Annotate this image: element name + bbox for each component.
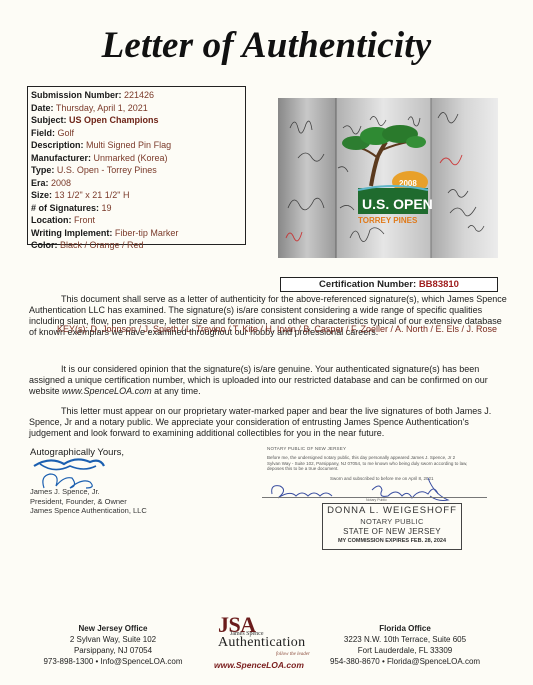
info-value: US Open Champions xyxy=(69,115,159,125)
info-value: 13 1/2" x 21 1/2" H xyxy=(55,190,130,200)
submission-info-box: Submission Number: 221426Date: Thursday,… xyxy=(27,86,246,245)
signer-block: James J. Spence, Jr. President, Founder,… xyxy=(30,487,147,516)
paragraph-requirements-text: This letter must appear on our proprieta… xyxy=(29,406,491,438)
signer-role: President, Founder, & Owner xyxy=(30,497,147,507)
paragraph-opinion: It is our considered opinion that the si… xyxy=(29,364,509,397)
info-label: Era: xyxy=(31,178,49,188)
paragraph-requirements: This letter must appear on our proprieta… xyxy=(29,406,509,439)
info-label: Submission Number: xyxy=(31,90,122,100)
spence-signature xyxy=(30,452,110,490)
certification-number: BB83810 xyxy=(419,279,459,290)
info-label: Size: xyxy=(31,190,52,200)
flag-event: U.S. OPEN xyxy=(362,196,433,212)
info-label: Subject: xyxy=(31,115,67,125)
info-value: Thursday, April 1, 2021 xyxy=(56,103,148,113)
info-value: Fiber-tip Marker xyxy=(115,228,179,238)
info-row: Subject: US Open Champions xyxy=(31,114,245,127)
info-label: Type: xyxy=(31,165,54,175)
info-row: Manufacturer: Unmarked (Korea) xyxy=(31,152,245,165)
logo-tagline: follow the leader xyxy=(276,652,310,657)
info-value: Front xyxy=(74,215,95,225)
letter-title: Letter of Authenticity xyxy=(0,24,533,67)
notary-line-label: Notary Public xyxy=(366,498,387,502)
info-row: Submission Number: 221426 xyxy=(31,89,245,102)
info-label: Manufacturer: xyxy=(31,153,91,163)
logo-wordmark: Authentication xyxy=(218,635,305,651)
key-signatures: KEY(s): D. Johnson / J. Spieth / L. Trev… xyxy=(57,324,497,334)
office-nj-address-1: 2 Sylvan Way, Suite 102 xyxy=(28,634,198,645)
info-row: Era: 2008 xyxy=(31,177,245,190)
office-nj-contact: 973-898-1300 • Info@SpenceLOA.com xyxy=(28,656,198,667)
stamp-state: STATE OF NEW JERSEY xyxy=(323,527,461,537)
website-link[interactable]: www.SpenceLOA.com xyxy=(62,386,152,396)
certification-label: Certification Number: xyxy=(319,279,416,290)
info-label: Date: xyxy=(31,103,54,113)
info-label: Description: xyxy=(31,140,84,150)
office-fl-address-2: Fort Lauderdale, FL 33309 xyxy=(316,645,494,656)
info-value: U.S. Open - Torrey Pines xyxy=(57,165,157,175)
flag-venue: TORREY PINES xyxy=(358,216,418,225)
info-value: 221426 xyxy=(124,90,154,100)
stamp-expiry: MY COMMISSION EXPIRES FEB. 28, 2024 xyxy=(323,537,461,545)
office-fl-address-1: 3223 N.W. 10th Terrace, Suite 605 xyxy=(316,634,494,645)
info-value: Black / Orange / Red xyxy=(60,240,144,250)
notary-heading: NOTARY PUBLIC OF NEW JERSEY xyxy=(267,446,346,451)
office-fl-name: Florida Office xyxy=(316,623,494,634)
signer-company: James Spence Authentication, LLC xyxy=(30,506,147,516)
paragraph-opinion-tail: at any time. xyxy=(152,386,201,396)
info-row: Color: Black / Orange / Red xyxy=(31,239,245,252)
info-label: Field: xyxy=(31,128,55,138)
certification-number-box: Certification Number: BB83810 xyxy=(280,277,498,292)
stamp-title: NOTARY PUBLIC xyxy=(323,517,461,527)
info-value: Multi Signed Pin Flag xyxy=(86,140,171,150)
info-value: 2008 xyxy=(51,178,71,188)
info-value: Golf xyxy=(58,128,75,138)
office-nj-name: New Jersey Office xyxy=(28,623,198,634)
office-fl-contact: 954-380-8670 • Florida@SpenceLOA.com xyxy=(316,656,494,667)
info-label: Writing Implement: xyxy=(31,228,112,238)
info-label: Location: xyxy=(31,215,72,225)
footer-website-link[interactable]: www.SpenceLOA.com xyxy=(214,660,304,670)
info-row: Writing Implement: Fiber-tip Marker xyxy=(31,227,245,240)
info-value: Unmarked (Korea) xyxy=(94,153,168,163)
info-row: Size: 13 1/2" x 21 1/2" H xyxy=(31,189,245,202)
info-row: Location: Front xyxy=(31,214,245,227)
info-row: Date: Thursday, April 1, 2021 xyxy=(31,102,245,115)
notary-stamp: DONNA L. WEIGESHOFF NOTARY PUBLIC STATE … xyxy=(322,503,462,550)
office-florida: Florida Office 3223 N.W. 10th Terrace, S… xyxy=(316,623,494,667)
stamp-name: DONNA L. WEIGESHOFF xyxy=(323,505,461,517)
info-row: Field: Golf xyxy=(31,127,245,140)
info-value: 19 xyxy=(102,203,112,213)
info-row: Type: U.S. Open - Torrey Pines xyxy=(31,164,245,177)
signer-name: James J. Spence, Jr. xyxy=(30,487,147,497)
office-nj-address-2: Parsippany, NJ 07054 xyxy=(28,645,198,656)
info-label: # of Signatures: xyxy=(31,203,99,213)
office-new-jersey: New Jersey Office 2 Sylvan Way, Suite 10… xyxy=(28,623,198,667)
info-row: Description: Multi Signed Pin Flag xyxy=(31,139,245,152)
notary-statement: Before me, the undersigned notary public… xyxy=(267,455,469,472)
info-label: Color: xyxy=(31,240,58,250)
pin-flag-photo: 2008 U.S. OPEN TORREY PINES xyxy=(278,98,498,258)
jsa-logo: JSA James Spence Authentication follow t… xyxy=(210,614,320,674)
info-row: # of Signatures: 19 xyxy=(31,202,245,215)
